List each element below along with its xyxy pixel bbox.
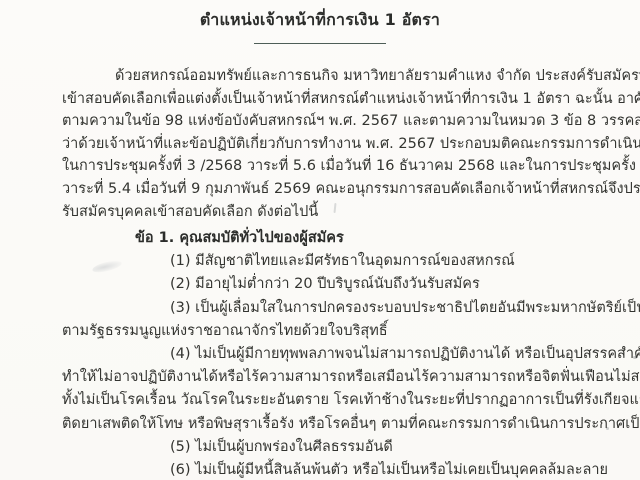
intro-line: รับสมัครบุคคลเข้าสอบคัดเลือก ดังต่อไปนี้ [62,201,598,224]
intro-line: ในการประชุมครั้งที่ 3 /2568 วาระที่ 5.6 … [62,155,598,178]
title-divider-rule [254,43,386,44]
qualification-item-4-cont: ทั้งไม่เป็นโรคเรื้อน วัณโรคในระยะอันตราย… [62,389,598,412]
intro-line: ด้วยสหกรณ์ออมทรัพย์และการธนกิจ มหาวิทยาล… [62,65,598,88]
intro-line: ตามความในข้อ 98 แห่งข้อบังคับสหกรณ์ฯ พ.ศ… [62,110,598,133]
document-body: ด้วยสหกรณ์ออมทรัพย์และการธนกิจ มหาวิทยาล… [0,65,640,480]
qualification-item-3-cont: ตามรัฐธรรมนูญแห่งราชอาณาจักรไทยด้วยใจบริ… [62,320,598,343]
intro-paragraph: ด้วยสหกรณ์ออมทรัพย์และการธนกิจ มหาวิทยาล… [62,65,598,223]
qualification-item-6: (6) ไม่เป็นผู้มีหนี้สินล้นพ้นตัว หรือไม่… [62,459,598,480]
qualification-item-1: (1) มีสัญชาติไทยและมีศรัทธาในอุดมการณ์ขอ… [62,250,598,273]
scan-speck-artifact [606,427,609,430]
qualification-list: (1) มีสัญชาติไทยและมีศรัทธาในอุดมการณ์ขอ… [62,250,598,480]
qualification-item-5: (5) ไม่เป็นผู้บกพร่องในศีลธรรมอันดี [62,436,598,459]
intro-line: ว่าด้วยเจ้าหน้าที่และข้อปฏิบัติเกี่ยวกับ… [62,133,598,156]
qualification-item-4-cont: ติดยาเสพติดให้โทษ หรือพิษสุราเรื้อรัง หร… [62,413,598,436]
intro-line: เข้าสอบคัดเลือกเพื่อแต่งตั้งเป็นเจ้าหน้า… [62,88,598,111]
qualification-item-4-cont: ทำให้ไม่อาจปฏิบัติงานได้หรือไร้ความสามาร… [62,366,598,389]
qualification-item-2: (2) มีอายุไม่ต่ำกว่า 20 ปีบริบูรณ์นับถึง… [62,273,598,296]
scanned-document-page: ตำแหน่งเจ้าหน้าที่การเงิน 1 อัตรา ด้วยสห… [0,0,640,480]
qualification-item-4: (4) ไม่เป็นผู้มีกายทุพพลภาพจนไม่สามารถปฏ… [62,343,598,366]
document-title: ตำแหน่งเจ้าหน้าที่การเงิน 1 อัตรา [0,0,640,31]
section-1-heading: ข้อ 1. คุณสมบัติทั่วไปของผู้สมัคร [62,227,598,250]
scan-speck-artifact [633,356,637,359]
qualification-item-3: (3) เป็นผู้เลื่อมใสในการปกครองระบอบประชา… [62,297,598,320]
intro-line: วาระที่ 5.4 เมื่อวันที่ 9 กุมภาพันธ์ 256… [62,178,598,201]
